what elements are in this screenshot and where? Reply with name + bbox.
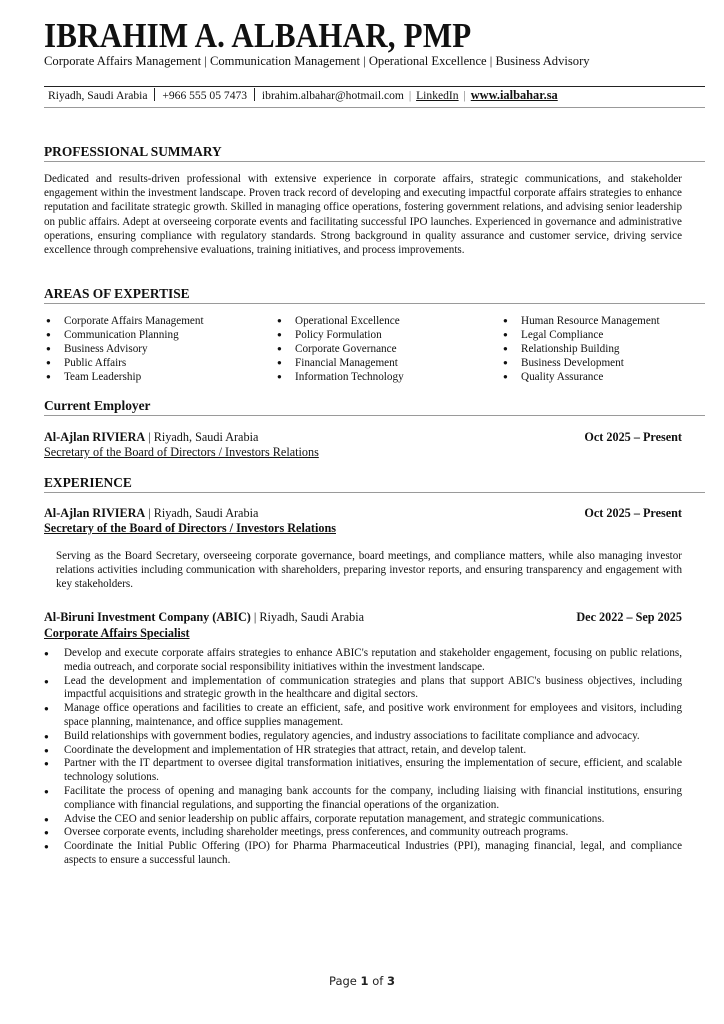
company-name: Al-Ajlan RIVIERA — [44, 430, 145, 444]
company-name: Al-Ajlan RIVIERA — [44, 506, 145, 520]
separator: | — [409, 89, 411, 102]
company-line: Al-Ajlan RIVIERA | Riyadh, Saudi Arabia — [44, 506, 258, 521]
employment-dates: Dec 2022 – Sep 2025 — [576, 610, 682, 625]
bullet-item: Lead the development and implementation … — [44, 675, 682, 703]
section-title-current-employer: Current Employer — [44, 398, 705, 416]
expertise-item: Corporate Governance — [275, 342, 501, 356]
of-word: of — [369, 974, 387, 988]
bullet-item: Manage office operations and facilities … — [44, 702, 682, 730]
expertise-item: Corporate Affairs Management — [44, 314, 275, 328]
candidate-name: IBRAHIM A. ALBAHAR, PMP — [44, 18, 471, 53]
expertise-item: Team Leadership — [44, 370, 275, 384]
employment-dates: Oct 2025 – Present — [584, 506, 682, 521]
expertise-item: Public Affairs — [44, 356, 275, 370]
company-location: | Riyadh, Saudi Arabia — [145, 430, 258, 444]
contact-location: Riyadh, Saudi Arabia — [48, 89, 148, 102]
expertise-column: Human Resource Management Legal Complian… — [501, 314, 701, 384]
company-line: Al-Ajlan RIVIERA | Riyadh, Saudi Arabia — [44, 430, 258, 445]
job-title: Secretary of the Board of Directors / In… — [44, 521, 336, 536]
bullet-item: Advise the CEO and senior leadership on … — [44, 813, 682, 827]
section-title-expertise: AREAS OF EXPERTISE — [44, 286, 705, 304]
bullet-item: Facilitate the process of opening and ma… — [44, 785, 682, 813]
bullet-item: Oversee corporate events, including shar… — [44, 826, 682, 840]
linkedin-link[interactable]: LinkedIn — [416, 89, 459, 102]
company-location: | Riyadh, Saudi Arabia — [145, 506, 258, 520]
expertise-item: Operational Excellence — [275, 314, 501, 328]
job-header: Al-Ajlan RIVIERA | Riyadh, Saudi Arabia … — [44, 506, 676, 521]
contact-divider — [44, 107, 705, 108]
current-employer-header: Al-Ajlan RIVIERA | Riyadh, Saudi Arabia … — [44, 430, 676, 445]
expertise-item: Relationship Building — [501, 342, 701, 356]
contact-line: Riyadh, Saudi Arabia +966 555 05 7473 ib… — [48, 88, 558, 103]
company-location: | Riyadh, Saudi Arabia — [251, 610, 364, 624]
job-bullets: Develop and execute corporate affairs st… — [44, 647, 682, 868]
job-title: Secretary of the Board of Directors / In… — [44, 445, 319, 460]
resume-page: IBRAHIM A. ALBAHAR, PMP Corporate Affair… — [0, 0, 724, 1024]
bullet-item: Coordinate the development and implement… — [44, 744, 682, 758]
candidate-tagline: Corporate Affairs Management | Communica… — [44, 54, 590, 69]
bullet-item: Develop and execute corporate affairs st… — [44, 647, 682, 675]
contact-phone: +966 555 05 7473 — [162, 89, 247, 102]
bullet-item: Partner with the IT department to overse… — [44, 757, 682, 785]
website-link[interactable]: www.ialbahar.sa — [471, 88, 558, 102]
expertise-grid: Corporate Affairs Management Communicati… — [44, 314, 705, 384]
summary-text: Dedicated and results-driven professiona… — [44, 172, 682, 257]
expertise-column: Corporate Affairs Management Communicati… — [44, 314, 275, 384]
header-divider — [44, 86, 705, 87]
expertise-item: Policy Formulation — [275, 328, 501, 342]
expertise-item: Human Resource Management — [501, 314, 701, 328]
expertise-column: Operational Excellence Policy Formulatio… — [275, 314, 501, 384]
expertise-item: Information Technology — [275, 370, 501, 384]
job-title: Corporate Affairs Specialist — [44, 626, 190, 641]
expertise-item: Legal Compliance — [501, 328, 701, 342]
separator: | — [464, 89, 466, 102]
current-page: 1 — [361, 974, 369, 988]
separator — [254, 88, 255, 101]
company-name: Al-Biruni Investment Company (ABIC) — [44, 610, 251, 624]
contact-email[interactable]: ibrahim.albahar@hotmail.com — [262, 89, 404, 102]
expertise-item: Communication Planning — [44, 328, 275, 342]
separator — [154, 88, 155, 101]
expertise-item: Financial Management — [275, 356, 501, 370]
bullet-item: Coordinate the Initial Public Offering (… — [44, 840, 682, 868]
bullet-item: Build relationships with government bodi… — [44, 730, 682, 744]
company-line: Al-Biruni Investment Company (ABIC) | Ri… — [44, 610, 364, 625]
expertise-item: Business Development — [501, 356, 701, 370]
page-word: Page — [329, 974, 361, 988]
section-title-experience: EXPERIENCE — [44, 475, 705, 493]
total-pages: 3 — [387, 974, 395, 988]
page-number: Page 1 of 3 — [0, 974, 724, 988]
job-description: Serving as the Board Secretary, overseei… — [56, 549, 682, 591]
section-title-summary: PROFESSIONAL SUMMARY — [44, 144, 705, 162]
expertise-item: Quality Assurance — [501, 370, 701, 384]
expertise-item: Business Advisory — [44, 342, 275, 356]
employment-dates: Oct 2025 – Present — [584, 430, 682, 445]
job-header: Al-Biruni Investment Company (ABIC) | Ri… — [44, 610, 682, 625]
